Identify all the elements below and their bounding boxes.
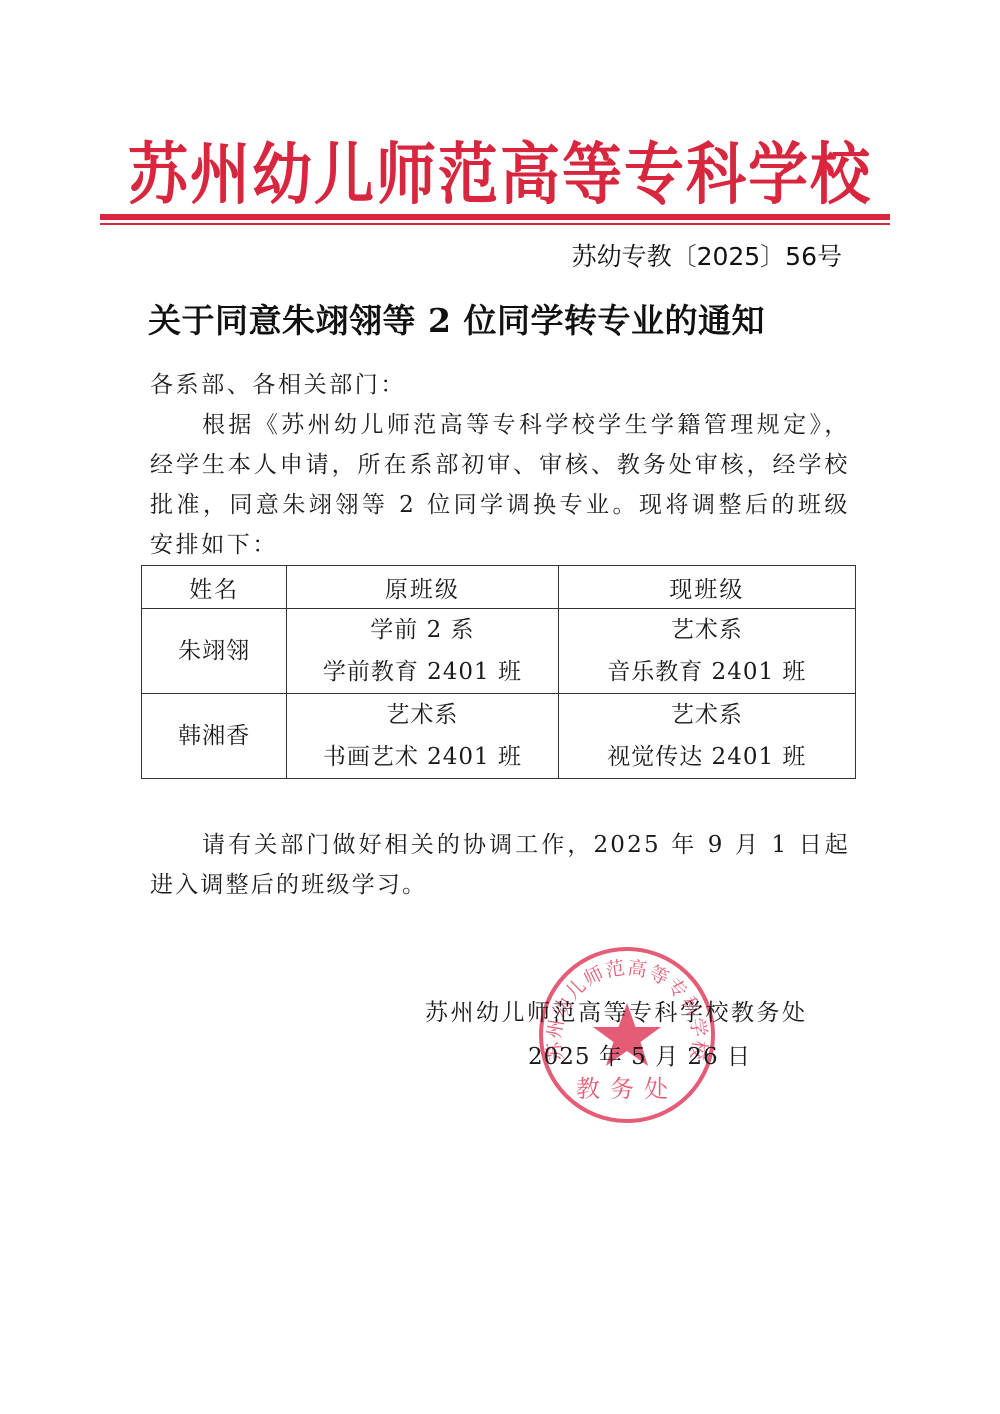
original-class: 书画艺术 2401 班 [287, 736, 558, 778]
current-class: 视觉传达 2401 班 [559, 736, 855, 778]
letterhead-thick-rule [100, 214, 890, 220]
table-header-row: 姓名 原班级 现班级 [142, 566, 856, 609]
student-name: 韩湘香 [142, 694, 287, 779]
original-department: 艺术系 [287, 694, 558, 736]
header-name: 姓名 [142, 566, 287, 609]
salutation: 各系部、各相关部门： [150, 365, 850, 405]
header-original-class: 原班级 [287, 566, 559, 609]
seal-bottom-text: 教务处 [576, 1075, 678, 1103]
current-class-cell: 艺术系 视觉传达 2401 班 [558, 694, 855, 779]
table-row: 朱翊翎 学前 2 系 学前教育 2401 班 艺术系 音乐教育 2401 班 [142, 609, 856, 694]
document-number: 苏幼专教〔2025〕56号 [572, 240, 842, 274]
issuer-signature: 苏州幼儿师范高等专科学校教务处 [425, 993, 808, 1033]
letterhead-thin-rule [100, 223, 890, 225]
original-class-cell: 学前 2 系 学前教育 2401 班 [287, 609, 559, 694]
document-page: 苏州幼儿师范高等专科学校 苏幼专教〔2025〕56号 关于同意朱翊翎等 2 位同… [0, 0, 1000, 1414]
current-department: 艺术系 [559, 694, 855, 736]
class-transfer-table: 姓名 原班级 现班级 朱翊翎 学前 2 系 学前教育 2401 班 艺术系 音乐… [141, 565, 856, 779]
notice-title: 关于同意朱翊翎等 2 位同学转专业的通知 [148, 298, 765, 344]
current-class-cell: 艺术系 音乐教育 2401 班 [558, 609, 855, 694]
current-class: 音乐教育 2401 班 [559, 651, 855, 693]
org-letterhead-title: 苏州幼儿师范高等专科学校 [0, 136, 1000, 214]
original-class: 学前教育 2401 班 [287, 651, 558, 693]
original-department: 学前 2 系 [287, 609, 558, 651]
original-class-cell: 艺术系 书画艺术 2401 班 [287, 694, 559, 779]
table-row: 韩湘香 艺术系 书画艺术 2401 班 艺术系 视觉传达 2401 班 [142, 694, 856, 779]
current-department: 艺术系 [559, 609, 855, 651]
body-paragraph-1: 根据《苏州幼儿师范高等专科学校学生学籍管理规定》，经学生本人申请，所在系部初审、… [150, 405, 850, 565]
header-current-class: 现班级 [558, 566, 855, 609]
student-name: 朱翊翎 [142, 609, 287, 694]
issue-date: 2025 年 5 月 26 日 [528, 1037, 751, 1077]
body-paragraph-2: 请有关部门做好相关的协调工作，2025 年 9 月 1 日起进入调整后的班级学习… [150, 825, 850, 905]
official-seal-icon: 苏州幼儿师范高等专科学校 教务处 [537, 945, 717, 1125]
